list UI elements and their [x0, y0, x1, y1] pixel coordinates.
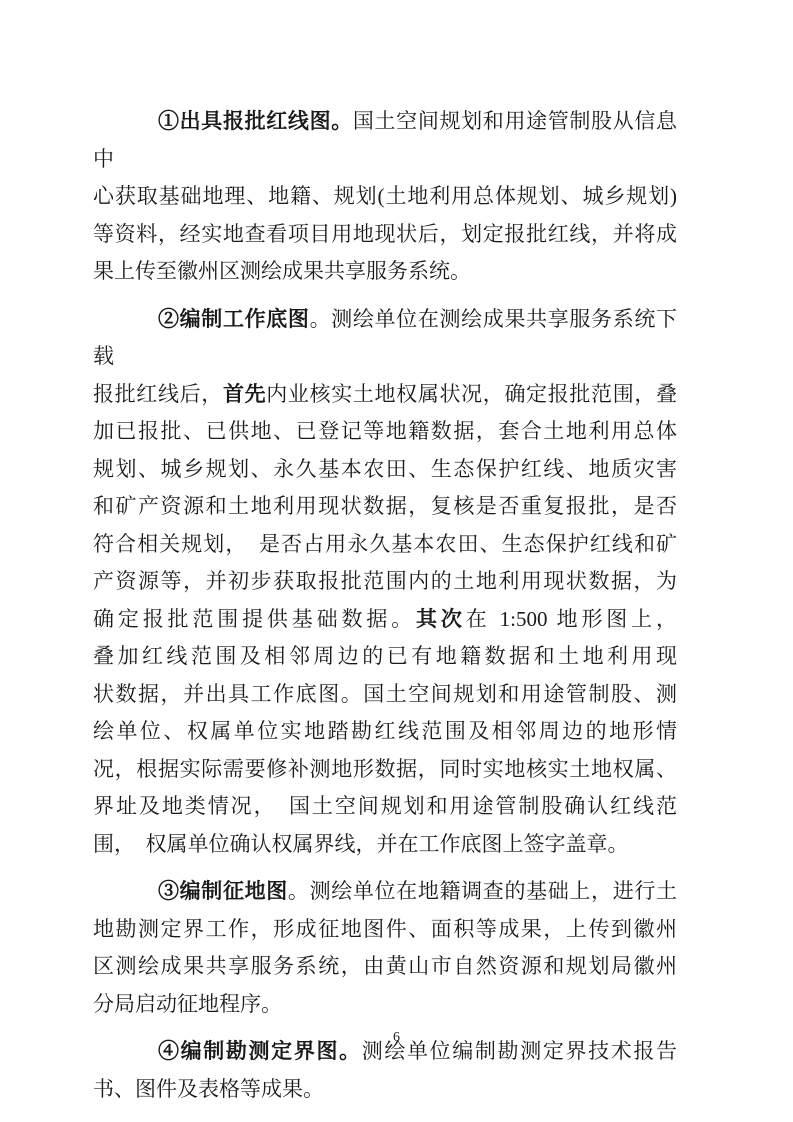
- document-body: ①出具报批红线图。国土空间规划和用途管制股从信息中心获取基础地理、地籍、规划(土…: [93, 103, 677, 1118]
- body-text: 书、图件及表格等成果。: [93, 1077, 324, 1101]
- text-line: 和矿产资源和土地利用现状数据，复核是否重复报批，是否: [93, 488, 677, 526]
- text-line: 报批红线后，首先内业核实土地权属状况，确定报批范围，叠: [93, 376, 677, 414]
- text-line: 产资源等，并初步获取报批范围内的土地利用现状数据，为: [93, 563, 677, 601]
- page-footer: 6: [0, 1028, 793, 1048]
- body-text: 绘单位、权属单位实地踏勘红线范围及相邻周边的地形情: [93, 719, 677, 743]
- bold-text: ①出具报批红线图。: [158, 109, 353, 133]
- text-line: 状数据，并出具工作底图。国土空间规划和用途管制股、测: [93, 676, 677, 714]
- body-text: 分局启动征地程序。: [93, 992, 282, 1016]
- page-number: 6: [393, 1030, 400, 1045]
- body-text: 果上传至徽州区测绘成果共享服务系统。: [93, 259, 471, 283]
- bold-text: 首先: [223, 382, 266, 406]
- text-line: 区测绘成果共享服务系统，由黄山市自然资源和规划局徽州: [93, 948, 677, 986]
- text-line: 叠加红线范围及相邻周边的已有地籍数据和土地利用现: [93, 638, 677, 676]
- text-line: 围， 权属单位确认权属界线，并在工作底图上签字盖章。: [93, 826, 677, 864]
- body-text: 在 1:500 地形图上，: [466, 607, 677, 631]
- body-text: 和矿产资源和土地利用现状数据，复核是否重复报批，是否: [93, 494, 677, 518]
- text-line: 书、图件及表格等成果。: [93, 1071, 677, 1109]
- text-line: 心获取基础地理、地籍、规划(土地利用总体规划、城乡规划): [93, 178, 677, 216]
- text-line: 况，根据实际需要修补测地形数据，同时实地核实土地权属、: [93, 751, 677, 789]
- body-text: 区测绘成果共享服务系统，由黄山市自然资源和规划局徽州: [93, 954, 677, 978]
- body-text: 况，根据实际需要修补测地形数据，同时实地核实土地权属、: [93, 757, 677, 781]
- bold-text: ③编制征地图: [158, 879, 288, 903]
- text-line: 等资料，经实地查看项目用地现状后，划定报批红线，并将成: [93, 216, 677, 254]
- bold-text: 其次: [416, 607, 466, 631]
- text-line: ②编制工作底图。测绘单位在测绘成果共享服务系统下载: [93, 301, 677, 376]
- body-text: 确定报批范围提供基础数据。: [93, 607, 416, 631]
- body-text: 。测绘单位在地籍调查的基础上，进行土: [288, 879, 677, 903]
- body-text: 产资源等，并初步获取报批范围内的土地利用现状数据，为: [93, 569, 677, 593]
- text-line: ③编制征地图。测绘单位在地籍调查的基础上，进行土: [93, 873, 677, 911]
- body-text: 报批红线后，: [93, 382, 223, 406]
- body-text: 加已报批、已供地、已登记等地籍数据，套合土地利用总体: [93, 419, 677, 443]
- text-line: 符合相关规划， 是否占用永久基本农田、生态保护红线和矿: [93, 526, 677, 564]
- body-text: 内业核实土地权属状况，确定报批范围，叠: [266, 382, 677, 406]
- text-line: 加已报批、已供地、已登记等地籍数据，套合土地利用总体: [93, 413, 677, 451]
- body-text: 状数据，并出具工作底图。国土空间规划和用途管制股、测: [93, 682, 677, 706]
- paragraph: ②编制工作底图。测绘单位在测绘成果共享服务系统下载报批红线后，首先内业核实土地权…: [93, 301, 677, 864]
- text-line: 确定报批范围提供基础数据。其次在 1:500 地形图上，: [93, 601, 677, 639]
- paragraph: ①出具报批红线图。国土空间规划和用途管制股从信息中心获取基础地理、地籍、规划(土…: [93, 103, 677, 291]
- body-text: 心获取基础地理、地籍、规划(土地利用总体规划、城乡规划): [93, 184, 677, 208]
- body-text: 叠加红线范围及相邻周边的已有地籍数据和土地利用现: [93, 644, 677, 668]
- text-line: 果上传至徽州区测绘成果共享服务系统。: [93, 253, 677, 291]
- text-line: 绘单位、权属单位实地踏勘红线范围及相邻周边的地形情: [93, 713, 677, 751]
- text-line: 规划、城乡规划、永久基本农田、生态保护红线、地质灾害: [93, 451, 677, 489]
- document-page: ①出具报批红线图。国土空间规划和用途管制股从信息中心获取基础地理、地籍、规划(土…: [0, 0, 793, 1122]
- text-line: 地勘测定界工作，形成征地图件、面积等成果，上传到徽州: [93, 911, 677, 949]
- body-text: 等资料，经实地查看项目用地现状后，划定报批红线，并将成: [93, 222, 677, 246]
- body-text: 围， 权属单位确认权属界线，并在工作底图上签字盖章。: [93, 832, 629, 856]
- body-text: 界址及地类情况， 国土空间规划和用途管制股确认红线范: [93, 794, 677, 818]
- text-line: 分局启动征地程序。: [93, 986, 677, 1024]
- body-text: 地勘测定界工作，形成征地图件、面积等成果，上传到徽州: [93, 917, 677, 941]
- text-line: ①出具报批红线图。国土空间规划和用途管制股从信息中: [93, 103, 677, 178]
- bold-text: ②编制工作底图: [158, 307, 310, 331]
- text-line: 界址及地类情况， 国土空间规划和用途管制股确认红线范: [93, 788, 677, 826]
- body-text: 符合相关规划， 是否占用永久基本农田、生态保护红线和矿: [93, 532, 677, 556]
- body-text: 规划、城乡规划、永久基本农田、生态保护红线、地质灾害: [93, 457, 677, 481]
- paragraph: ③编制征地图。测绘单位在地籍调查的基础上，进行土地勘测定界工作，形成征地图件、面…: [93, 873, 677, 1023]
